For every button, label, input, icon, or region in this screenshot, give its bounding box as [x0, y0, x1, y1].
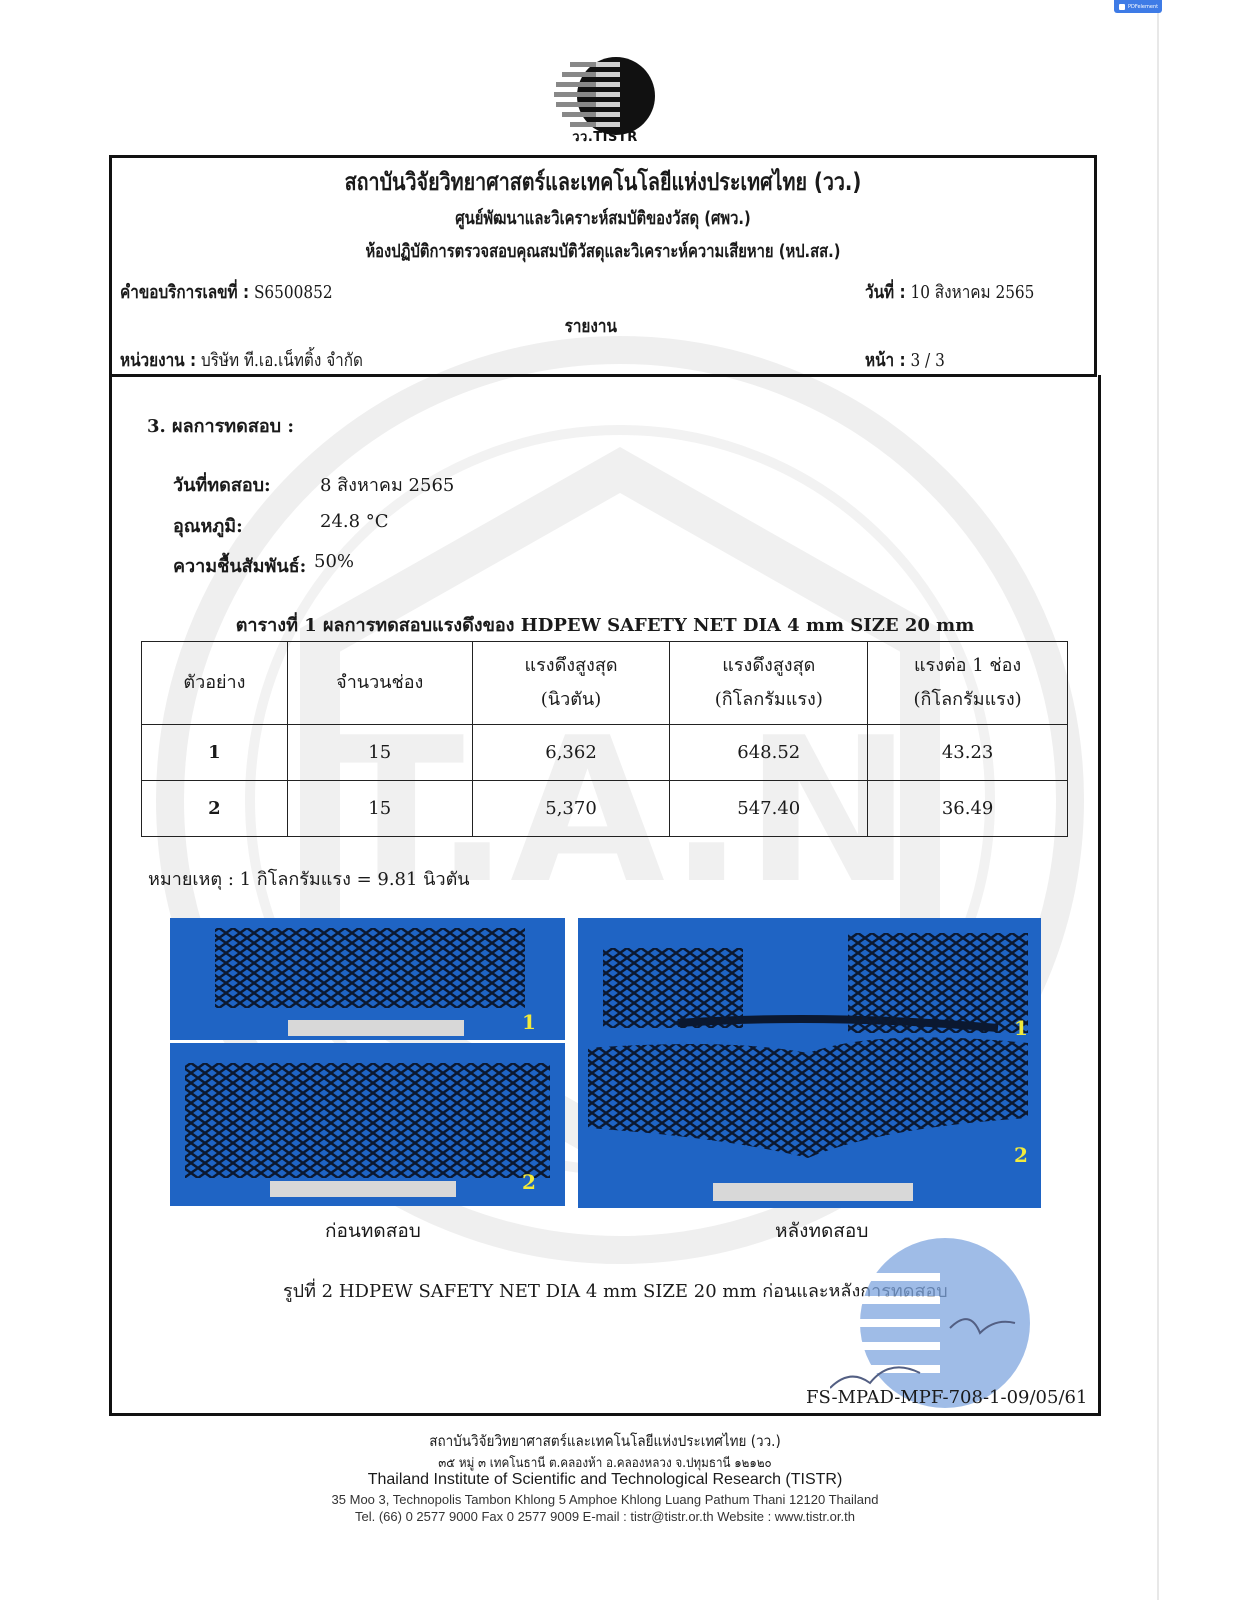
cell-max-force-n: 5,370	[472, 781, 670, 837]
col-header-max-force-n: แรงดึงสูงสุด(นิวตัน)	[472, 642, 670, 725]
photo-before-sample-1: 1	[170, 918, 565, 1040]
request-value: S6500852	[254, 282, 333, 303]
footer-english-name: Thailand Institute of Scientific and Tec…	[0, 1471, 1210, 1489]
cell-max-force-n: 6,362	[472, 725, 670, 781]
table-header-row: ตัวอย่าง จำนวนช่อง แรงดึงสูงสุด(นิวตัน) …	[142, 642, 1068, 725]
page-label: หน้า :	[865, 350, 906, 371]
section-title: 3. ผลการทดสอบ :	[147, 411, 294, 440]
cell-force-per-cell: 36.49	[868, 781, 1068, 837]
report-date: วันที่ : 10 สิงหาคม 2565	[865, 277, 1034, 306]
pdfelement-icon	[1119, 4, 1125, 10]
form-code: FS-MPAD-MPF-708-1-09/05/61	[806, 1387, 1087, 1408]
humidity-value: 50%	[314, 551, 354, 572]
page-value: 3 / 3	[910, 350, 944, 371]
cell-force-per-cell: 43.23	[868, 725, 1068, 781]
col-header-force-per-cell: แรงต่อ 1 ช่อง(กิโลกรัมแรง)	[868, 642, 1068, 725]
temperature-value: 24.8 °C	[320, 511, 389, 532]
photo-after-samples: 1 2	[578, 918, 1041, 1208]
tensile-results-table: ตัวอย่าง จำนวนช่อง แรงดึงสูงสุด(นิวตัน) …	[141, 641, 1068, 837]
agency: หน่วยงาน : บริษัท ที.เอ.เน็ทติ้ง จำกัด	[120, 345, 363, 374]
table-row: 1 15 6,362 648.52 43.23	[142, 725, 1068, 781]
humidity-label: ความชื้นสัมพันธ์:	[173, 551, 306, 580]
net-sample-image	[170, 918, 565, 1040]
page-number: หน้า : 3 / 3	[865, 345, 945, 374]
test-date-label: วันที่ทดสอบ:	[173, 470, 271, 499]
institute-name: สถาบันวิจัยวิทยาศาสตร์และเทคโนโลยีแห่งปร…	[199, 162, 1008, 201]
pdf-badge-label: PDFelement	[1128, 4, 1158, 10]
col-header-sample: ตัวอย่าง	[142, 642, 288, 725]
viewer-scrollbar[interactable]	[1157, 0, 1159, 1600]
photo-before-sample-2: 2	[170, 1043, 565, 1206]
test-date-value: 8 สิงหาคม 2565	[320, 470, 454, 499]
net-sample-image	[578, 918, 1041, 1208]
footer-contact: Tel. (66) 0 2577 9000 Fax 0 2577 9009 E-…	[0, 1509, 1210, 1524]
request-label: คำขอบริการเลขที่ :	[120, 282, 249, 303]
logo-text: วว.TISTR	[565, 126, 645, 147]
table-caption: ตารางที่ 1 ผลการทดสอบแรงดึงของ HDPEW SAF…	[140, 610, 1070, 639]
lab-name: ห้องปฏิบัติการตรวจสอบคุณสมบัติวัสดุและวิ…	[199, 236, 1008, 265]
cell-cells: 15	[287, 781, 472, 837]
footer-english-address: 35 Moo 3, Technopolis Tambon Khlong 5 Am…	[0, 1492, 1210, 1507]
request-number: คำขอบริการเลขที่ : S6500852	[120, 277, 333, 306]
agency-label: หน่วยงาน :	[120, 350, 196, 371]
date-value: 10 สิงหาคม 2565	[910, 282, 1034, 303]
footer-thai-address: ๓๕ หมู่ ๓ เทคโนธานี ต.คลองห้า อ.คลองหลวง…	[61, 1452, 1150, 1473]
report-label: รายงาน	[565, 311, 617, 340]
cell-sample: 2	[142, 781, 288, 837]
sample-label: 1	[522, 1010, 536, 1034]
date-label: วันที่ :	[865, 282, 906, 303]
cell-max-force-kgf: 648.52	[670, 725, 868, 781]
cell-max-force-kgf: 547.40	[670, 781, 868, 837]
col-header-max-force-kgf: แรงดึงสูงสุด(กิโลกรัมแรง)	[670, 642, 868, 725]
pdf-editor-badge[interactable]: PDFelement	[1114, 0, 1162, 13]
before-test-caption: ก่อนทดสอบ	[325, 1216, 421, 1246]
cell-cells: 15	[287, 725, 472, 781]
agency-value: บริษัท ที.เอ.เน็ทติ้ง จำกัด	[201, 350, 363, 371]
cell-sample: 1	[142, 725, 288, 781]
table-row: 2 15 5,370 547.40 36.49	[142, 781, 1068, 837]
conversion-note: หมายเหตุ : 1 กิโลกรัมแรง = 9.81 นิวตัน	[148, 864, 470, 893]
net-sample-image	[170, 1043, 565, 1206]
footer-thai-name: สถาบันวิจัยวิทยาศาสตร์และเทคโนโลยีแห่งปร…	[61, 1429, 1150, 1453]
center-name: ศูนย์พัฒนาและวิเคราะห์สมบัติของวัสดุ (ศพ…	[199, 203, 1008, 232]
col-header-cells: จำนวนช่อง	[287, 642, 472, 725]
sample-label: 1	[1014, 1016, 1028, 1040]
sample-label: 2	[522, 1170, 536, 1194]
temperature-label: อุณหภูมิ:	[173, 511, 243, 540]
sample-label: 2	[1014, 1143, 1028, 1167]
